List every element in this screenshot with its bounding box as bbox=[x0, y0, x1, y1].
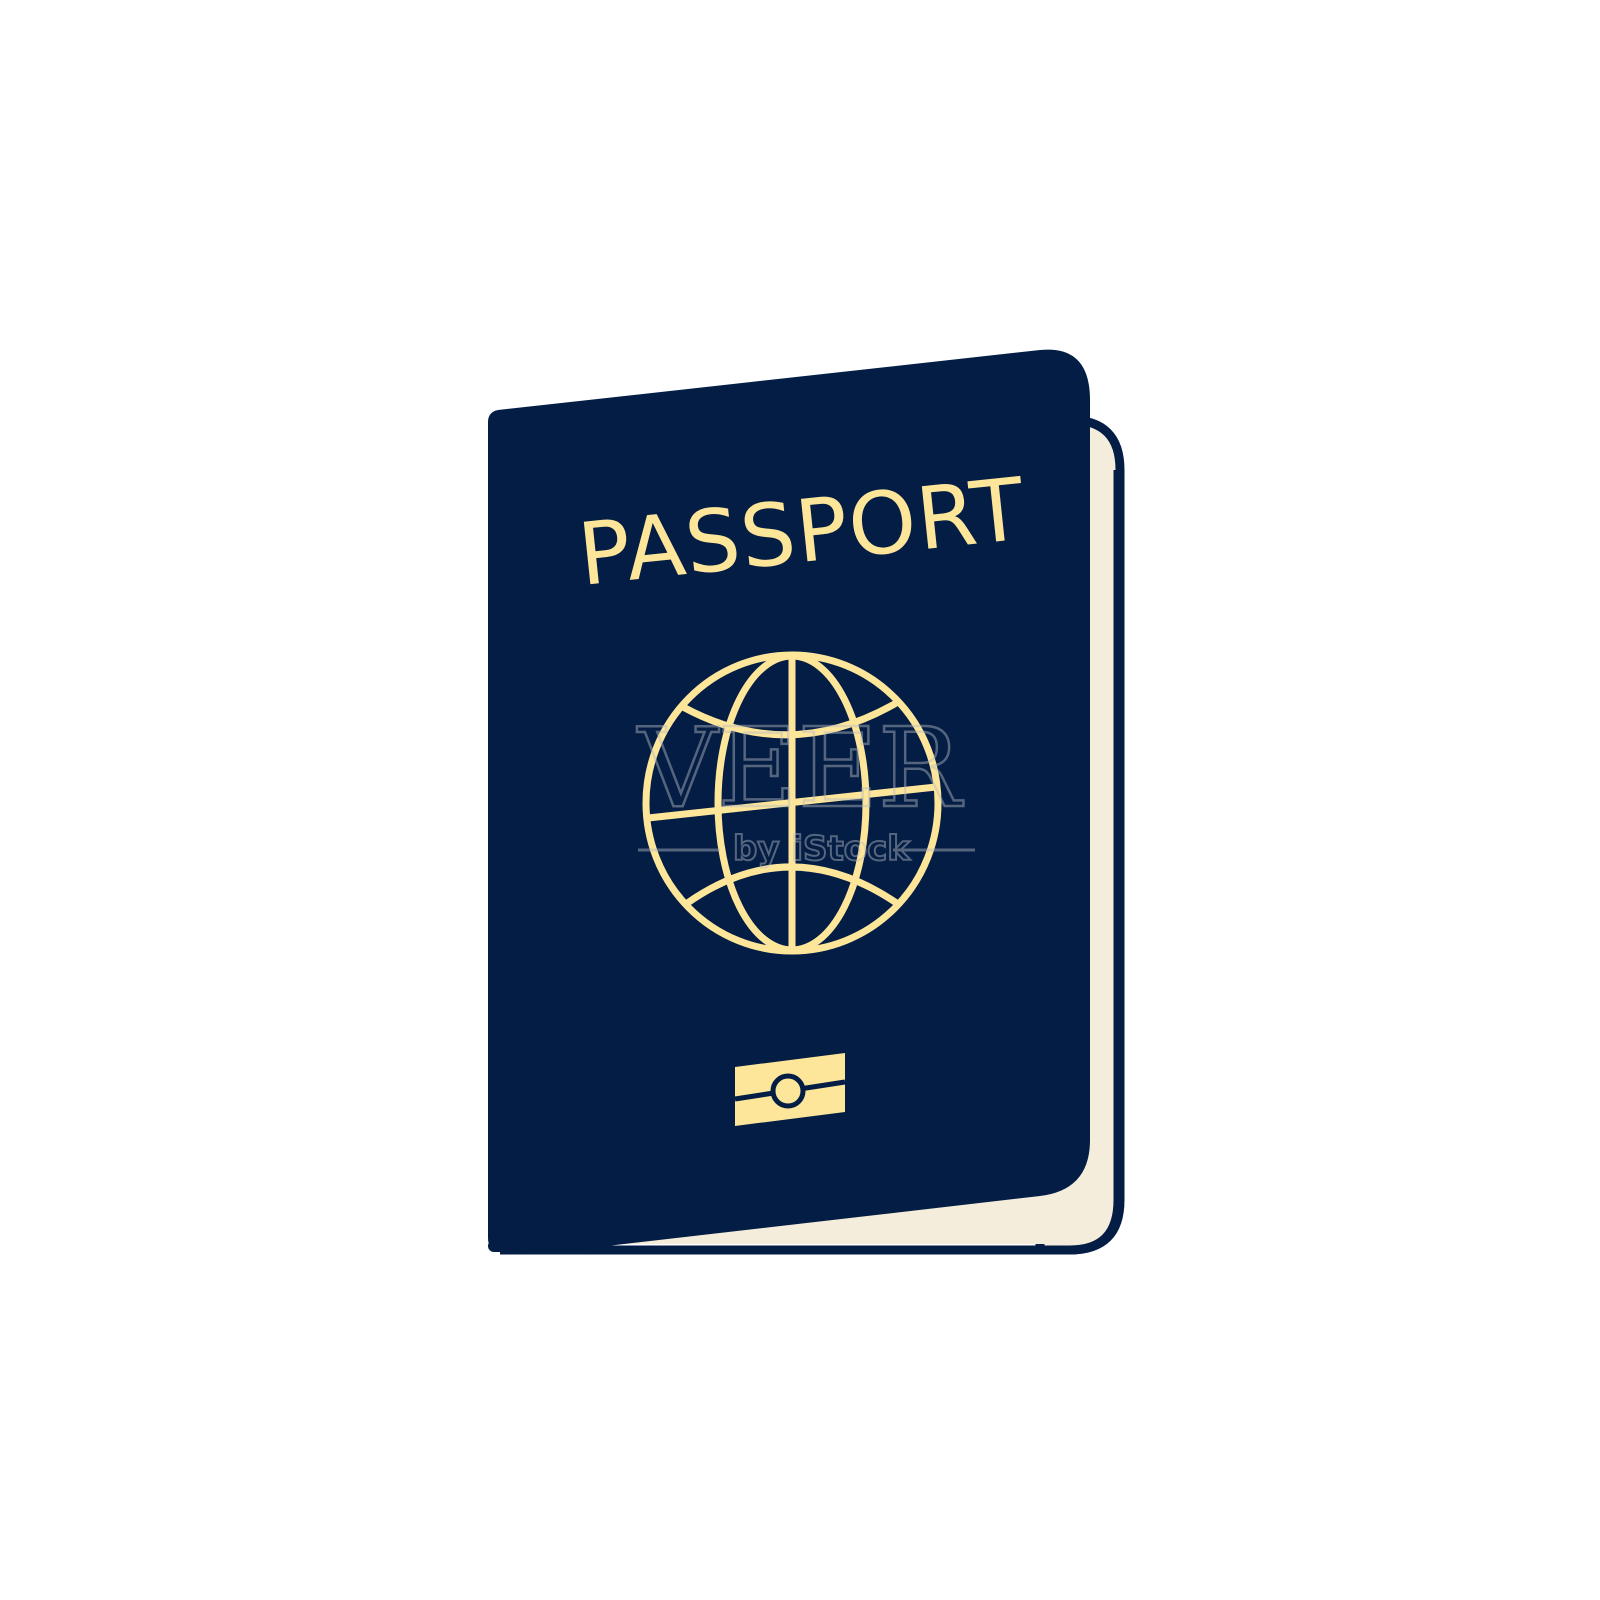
svg-text:by iStock: by iStock bbox=[733, 829, 911, 869]
svg-text:VEER: VEER bbox=[636, 704, 964, 832]
passport-illustration: PASSPORT VEER by iStock bbox=[0, 0, 1600, 1600]
